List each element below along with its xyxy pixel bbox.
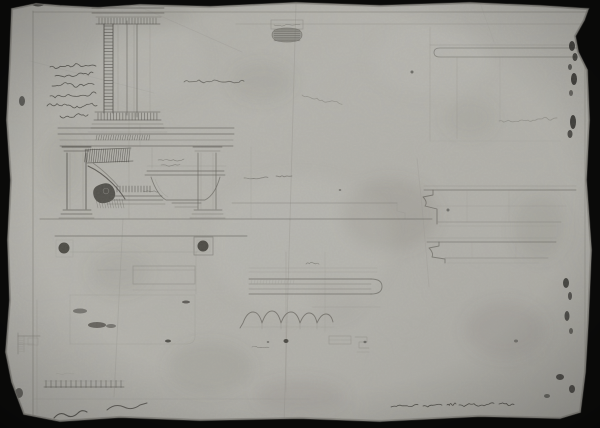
photo-vignette: [0, 0, 600, 428]
drawing-sheet-canvas: [0, 0, 600, 428]
photo-of-architectural-drawing: [0, 0, 600, 428]
